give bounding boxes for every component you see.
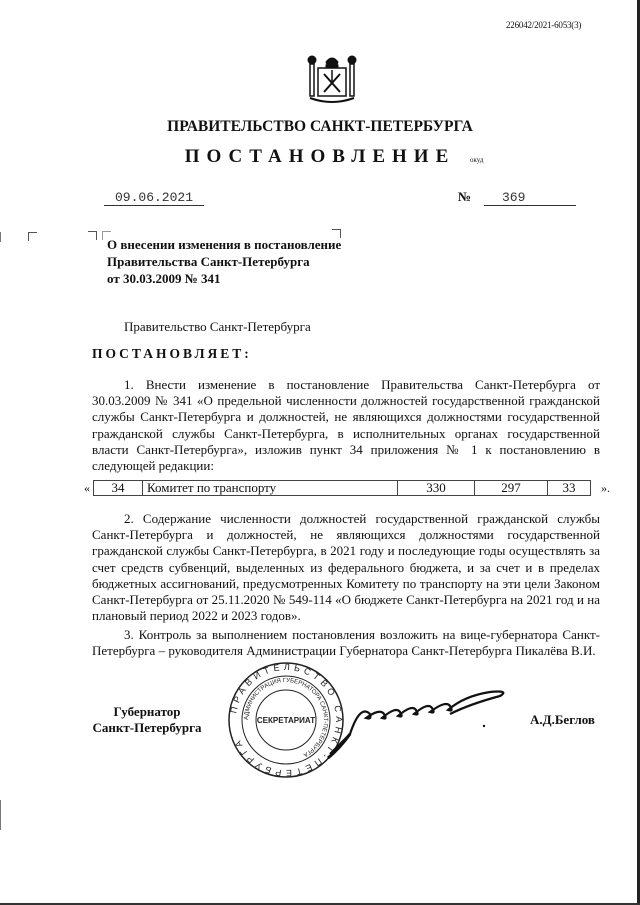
signatory-title-line: Санкт-Петербурга xyxy=(92,720,202,736)
amendment-table-block: « 34 Комитет по транспорту 330 297 33 ». xyxy=(84,480,610,496)
document-date: 09.06.2021 xyxy=(104,190,204,206)
subject-line: Правительства Санкт-Петербурга xyxy=(107,253,341,270)
okud-label: окуд xyxy=(470,156,483,164)
document-subject: О внесении изменения в постановление Пра… xyxy=(107,236,341,287)
registration-number: 226042/2021-6053(3) xyxy=(506,20,581,30)
open-quote: « xyxy=(84,481,90,496)
paragraph-2: 2. Содержание численности должностей гос… xyxy=(92,511,600,624)
handwritten-signature xyxy=(300,684,530,764)
signatory-title-line: Губернатор xyxy=(92,704,202,720)
cell-civil-service: 297 xyxy=(475,481,548,496)
corner-mark xyxy=(88,231,97,240)
resolves-heading: ПОСТАНОВЛЯЕТ: xyxy=(92,346,252,362)
government-title: ПРАВИТЕЛЬСТВО САНКТ-ПЕТЕРБУРГА xyxy=(0,118,640,136)
issuer: Правительство Санкт-Петербурга xyxy=(124,319,424,335)
paragraph-3: 3. Контроль за выполнением постановления… xyxy=(92,627,600,659)
paragraph-1: 1. Внести изменение в постановление Прав… xyxy=(92,377,600,474)
close-quote: ». xyxy=(601,481,610,496)
document-type: ПОСТАНОВЛЕНИЕ xyxy=(0,146,640,168)
corner-mark xyxy=(28,232,37,241)
cell-name: Комитет по транспорту xyxy=(143,481,398,496)
signatory-title: Губернатор Санкт-Петербурга xyxy=(92,704,202,736)
number-label: № xyxy=(458,189,471,205)
signatory-name: А.Д.Беглов xyxy=(530,712,595,728)
cell-total: 330 xyxy=(398,481,475,496)
coat-of-arms-icon xyxy=(304,52,360,106)
subject-line: от 30.03.2009 № 341 xyxy=(107,270,341,287)
table-row: 34 Комитет по транспорту 330 297 33 xyxy=(94,481,591,496)
cell-item: 34 xyxy=(94,481,143,496)
subject-line: О внесении изменения в постановление xyxy=(107,236,341,253)
scan-mark xyxy=(0,232,1,242)
amendment-table: 34 Комитет по транспорту 330 297 33 xyxy=(93,480,591,496)
document-number: 369 xyxy=(484,190,576,206)
cell-non-civil-service: 33 xyxy=(548,481,591,496)
scan-mark xyxy=(0,800,1,830)
